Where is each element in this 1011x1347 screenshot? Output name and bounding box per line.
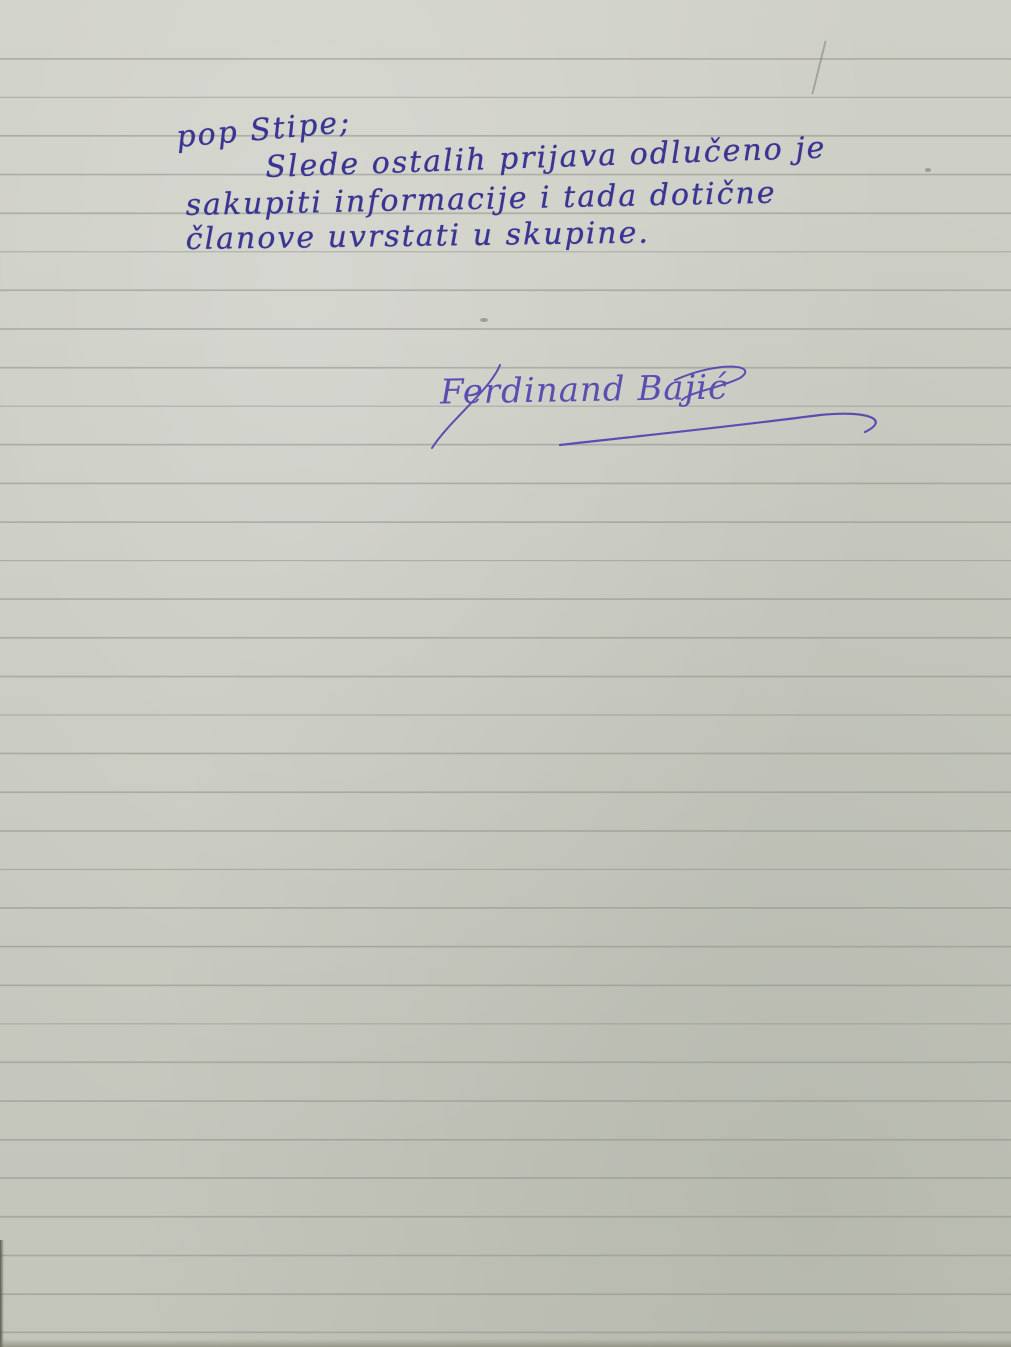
body-line-3: članove uvrstati u skupine. <box>186 216 651 257</box>
ink-speck <box>480 318 488 322</box>
binding-edge <box>0 1240 4 1347</box>
ink-speck <box>925 168 931 172</box>
signature: Ferdinand Bajić <box>440 367 729 412</box>
page-bottom-edge <box>0 1339 1011 1347</box>
document-page: pop Stipe; Slede ostalih prijava odlučen… <box>0 0 1011 1347</box>
